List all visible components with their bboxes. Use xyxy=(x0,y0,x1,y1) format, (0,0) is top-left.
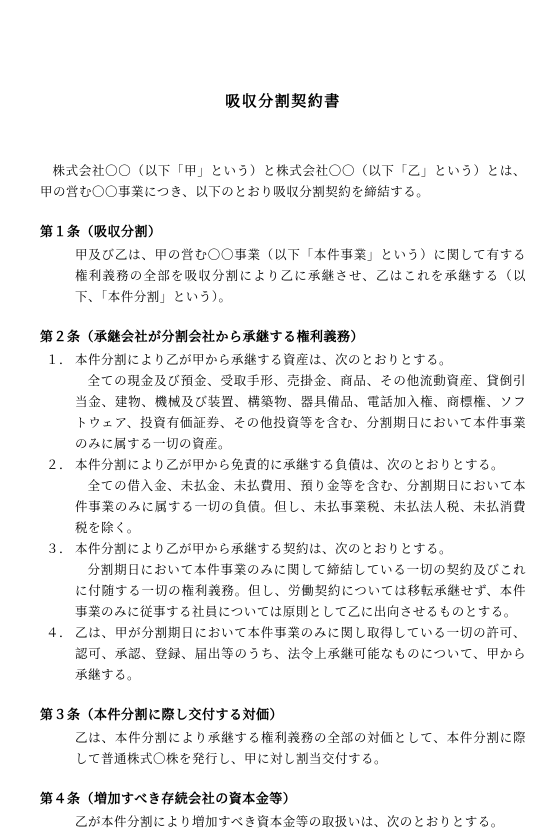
article-2-item-1: １． 本件分割により乙が甲から承継する資産は、次のとおりとする。 全ての現金及び… xyxy=(40,349,526,454)
item-number: ２． xyxy=(40,454,75,538)
article-4-body: 乙が本件分割により増加すべき資本金等の取扱いは、次のとおりとする。 xyxy=(75,811,526,832)
article-2: 第２条（承継会社が分割会社から承継する権利義務） １． 本件分割により乙が甲から… xyxy=(40,327,526,685)
item-text: 本件分割により乙が甲から承継する資産は、次のとおりとする。 xyxy=(75,349,526,370)
article-4: 第４条（増加すべき存続会社の資本金等） 乙が本件分割により増加すべき資本金等の取… xyxy=(40,789,526,832)
article-3: 第３条（本件分割に際し交付する対価） 乙は、本件分割により承継する権利義務の全部… xyxy=(40,705,526,769)
article-2-item-2: ２． 本件分割により乙が甲から免責的に承継する負債は、次のとおりとする。 全ての… xyxy=(40,454,526,538)
article-2-heading: 第２条（承継会社が分割会社から承継する権利義務） xyxy=(40,327,526,349)
intro-paragraph: 株式会社〇〇（以下「甲」という）と株式会社〇〇（以下「乙」という）とは、甲の営む… xyxy=(40,160,526,202)
article-3-body: 乙は、本件分割により承継する権利義務の全部の対価として、本件分割に際して普通株式… xyxy=(75,727,526,769)
item-text: 本件分割により乙が甲から承継する契約は、次のとおりとする。 xyxy=(75,538,526,559)
item-number: ４． xyxy=(40,622,75,685)
item-number: １． xyxy=(40,349,75,454)
item-text: 乙は、甲が分割期日において本件事業のみに関し取得している一切の許可、認可、承認、… xyxy=(75,622,526,685)
article-2-item-3: ３． 本件分割により乙が甲から承継する契約は、次のとおりとする。 分割期日におい… xyxy=(40,538,526,622)
article-2-item-4: ４． 乙は、甲が分割期日において本件事業のみに関し取得している一切の許可、認可、… xyxy=(40,622,526,685)
article-1: 第１条（吸収分割） 甲及び乙は、甲の営む〇〇事業（以下「本件事業」という）に関し… xyxy=(40,222,526,307)
item-text: 本件分割により乙が甲から免責的に承継する負債は、次のとおりとする。 xyxy=(75,454,526,475)
article-3-heading: 第３条（本件分割に際し交付する対価） xyxy=(40,705,526,727)
article-1-body: 甲及び乙は、甲の営む〇〇事業（以下「本件事業」という）に関して有する権利義務の全… xyxy=(75,244,526,307)
article-1-heading: 第１条（吸収分割） xyxy=(40,222,526,244)
item-detail: 分割期日において本件事業のみに関して締結している一切の契約及びこれに付随する一切… xyxy=(75,559,526,622)
item-detail: 全ての現金及び預金、受取手形、売掛金、商品、その他流動資産、貸倒引当金、建物、機… xyxy=(75,370,526,454)
document-page: 吸収分割契約書 株式会社〇〇（以下「甲」という）と株式会社〇〇（以下「乙」という… xyxy=(0,0,560,837)
document-title: 吸収分割契約書 xyxy=(40,92,526,110)
article-4-heading: 第４条（増加すべき存続会社の資本金等） xyxy=(40,789,526,811)
item-number: ３． xyxy=(40,538,75,622)
item-detail: 全ての借入金、未払金、未払費用、預り金等を含む、分割期日において本件事業のみに属… xyxy=(75,475,526,538)
